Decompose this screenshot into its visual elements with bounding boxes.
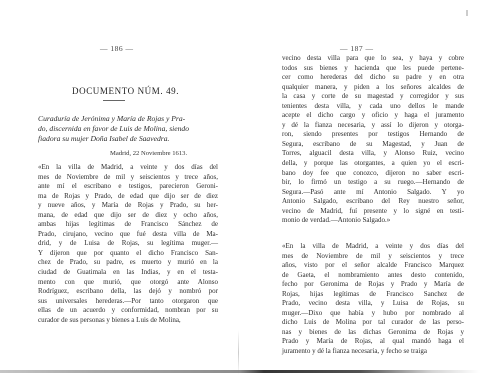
text-line: vecino de Madrid, fuí presente y lo sign… bbox=[282, 207, 464, 217]
text-line: Y dijeron que por quanto el dicho Franci… bbox=[38, 249, 218, 259]
text-line: ellas de un acuerdo y conformidad, nombr… bbox=[38, 306, 218, 316]
text-line: mes de Noviembre de mil y seiscientos y … bbox=[38, 173, 218, 183]
document-title: DOCUMENTO NÚM. 49. bbox=[72, 86, 179, 96]
text-line: Segura, escribano de su Magestad, y Juan… bbox=[282, 140, 464, 150]
text-line: Torres, alguacil desta villa, y Alonso R… bbox=[282, 149, 464, 159]
page-number-left: — 186 — bbox=[100, 44, 134, 53]
text-line: Rodríguez, escribano della, las dejó y n… bbox=[38, 287, 218, 297]
text-line: Segura.—Pasó ante mí Antonio Salgado. Y … bbox=[282, 188, 464, 198]
text-line: monio de verdad.—Antonio Salgado.» bbox=[282, 216, 464, 226]
text-line: qualquier manera, y piden a los señores … bbox=[282, 83, 464, 93]
text-line: ciudad de Guatimala en las Indias, y en … bbox=[38, 268, 218, 278]
right-body-text-1: vecino desta villa para que lo sea, y ha… bbox=[282, 54, 464, 226]
text-line: dicho Luis de Molina por tal curador de … bbox=[282, 318, 464, 328]
text-line: bir, lo firmó un testigo a su ruego.—Her… bbox=[282, 178, 464, 188]
page-number-right: — 187 — bbox=[340, 44, 374, 53]
text-line: todos sus bienes y hacienda que les pued… bbox=[282, 64, 464, 74]
text-line: mana, de edad que dijo ser de diez y och… bbox=[38, 211, 218, 221]
text-line: acepte el dicho cargo y oficio y haga el… bbox=[282, 111, 464, 121]
text-line: ma de Rojas y Prado, de edad que dijo se… bbox=[38, 192, 218, 202]
page-bottom-edge bbox=[0, 370, 480, 373]
text-line: y nueve años, y María de Rojas y Prado, … bbox=[38, 201, 218, 211]
text-line: de Gaeta, el nombramiento antes desto co… bbox=[282, 271, 464, 281]
text-line: Antonio Salgado, escribano del Rey nuest… bbox=[282, 197, 464, 207]
text-line: sus universales herederas.—Por tanto oto… bbox=[38, 297, 218, 307]
text-line: ambas hijas legítimas de Francisco Sánch… bbox=[38, 220, 218, 230]
text-line: Prado y María de Rojas, al qual mandó ha… bbox=[282, 337, 464, 347]
document-subject: Curaduría de Jerónima y María de Rojas y… bbox=[38, 114, 216, 144]
text-line: drid, y de Luisa de Rojas, su legítima m… bbox=[38, 239, 218, 249]
text-line: chez de Prado, su padre, es muerto y mur… bbox=[38, 258, 218, 268]
text-line: «En la villa de Madrid, a veinte y dos d… bbox=[38, 163, 218, 173]
text-line: della, y porque las otorgantes, a quien … bbox=[282, 159, 464, 169]
text-line: ante mí el escribano e testigos, parecie… bbox=[38, 182, 218, 192]
text-line: años, visto por el señor alcalde Francis… bbox=[282, 261, 464, 271]
text-line: fecho por Geronima de Rojas y Prado y Ma… bbox=[282, 280, 464, 290]
text-line: Prado, cirujano, vecino que fué desta vi… bbox=[38, 230, 218, 240]
text-line: bano doy fee que conozco, dijeron no sab… bbox=[282, 169, 464, 179]
page-gutter bbox=[238, 330, 239, 375]
text-line: la casa y corte de su magestad y corregi… bbox=[282, 92, 464, 102]
text-line: y dé la fianza necesaria, y assí lo dije… bbox=[282, 121, 464, 131]
subject-line: Curaduría de Jerónima y María de Rojas y… bbox=[38, 114, 216, 124]
text-line: Prado, vecino desta villa, y Luisa de Ro… bbox=[282, 299, 464, 309]
book-spread: — 186 — DOCUMENTO NÚM. 49. Curaduría de … bbox=[0, 0, 480, 381]
text-line: tenientes desta villa, y cada uno dellos… bbox=[282, 102, 464, 112]
text-line: vecino desta villa para que lo sea, y ha… bbox=[282, 54, 464, 64]
dateline: Madrid, 22 Noviembre 1613. bbox=[110, 150, 187, 157]
margin-mark bbox=[466, 10, 468, 16]
subject-line: do, discernida en favor de Luis de Molin… bbox=[38, 124, 216, 134]
text-line: curador de sus personas y bienes a Luis … bbox=[38, 316, 218, 326]
text-line: Rojas, hijas legítimas de Francisco Sanc… bbox=[282, 290, 464, 300]
text-line: muger.—Dixo que había y hubo por nombrad… bbox=[282, 309, 464, 319]
left-body-text: «En la villa de Madrid, a veinte y dos d… bbox=[38, 163, 218, 325]
text-line: mes de Noviembre de mil y seiscientos y … bbox=[282, 252, 464, 262]
subject-line: fiadora su mujer Doña Isabel de Saavedra… bbox=[38, 134, 216, 144]
text-line: mento con que murió, que otorgó ante Alo… bbox=[38, 278, 218, 288]
text-line: cer como herederas del dicho su padre y … bbox=[282, 73, 464, 83]
text-line: ron, siendo presentes por testigos Herna… bbox=[282, 130, 464, 140]
text-line: nas y bienes de las dichas Geronima de R… bbox=[282, 328, 464, 338]
title-rule-divider bbox=[103, 100, 125, 101]
right-body-text-2: «En la villa de Madrid, a veinte y dos d… bbox=[282, 242, 464, 357]
text-line: «En la villa de Madrid, a veinte y dos d… bbox=[282, 242, 464, 252]
text-line: juramento y dé la fianza necesaria, y fe… bbox=[282, 347, 464, 357]
left-page: — 186 — DOCUMENTO NÚM. 49. Curaduría de … bbox=[0, 0, 240, 381]
